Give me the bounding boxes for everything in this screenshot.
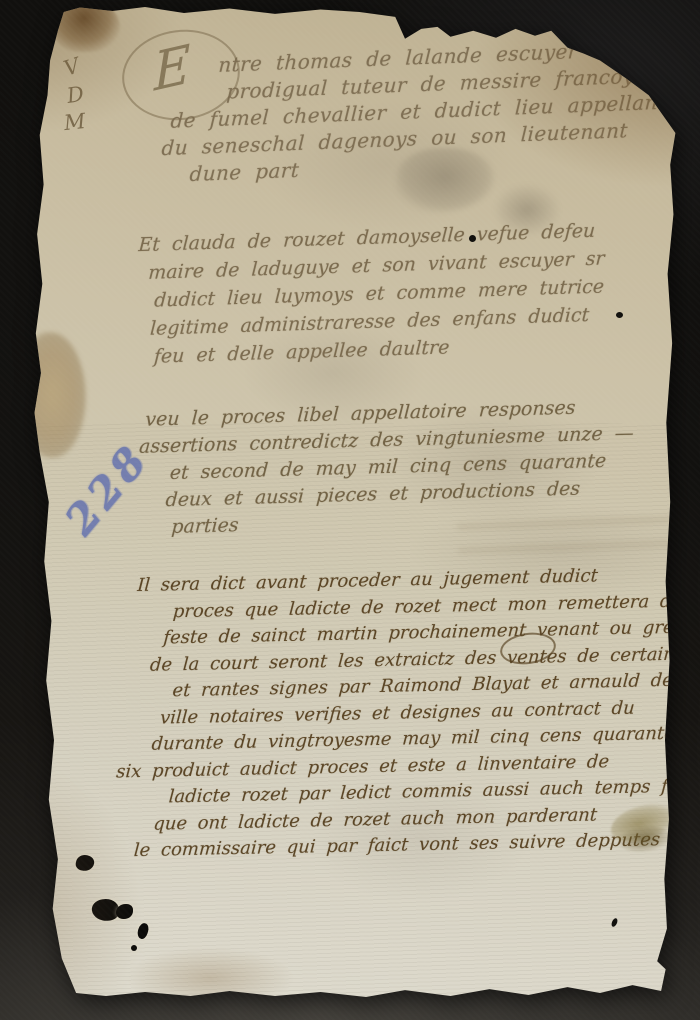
manuscript-page: V D M E ntre thomas de lalande escuyer e… [28,6,678,998]
paper-sheet: V D M E ntre thomas de lalande escuyer e… [28,6,678,998]
edge-discoloration [28,6,678,998]
photo-backdrop: V D M E ntre thomas de lalande escuyer e… [0,0,700,1020]
